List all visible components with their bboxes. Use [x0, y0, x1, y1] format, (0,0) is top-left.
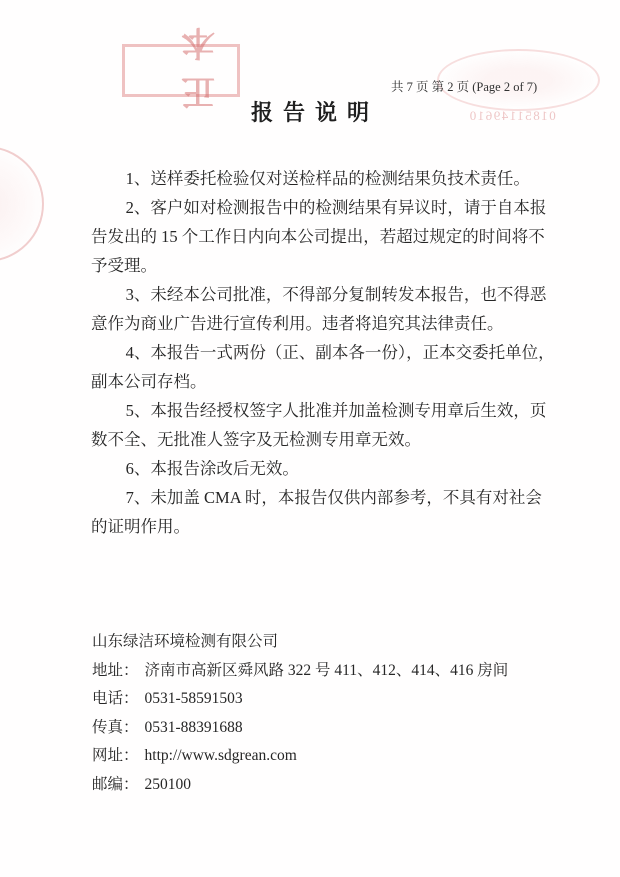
- notice-item-7-line: 7、未加盖 CMA 时，本报告仅供内部参考，不具有对社会: [91, 483, 535, 512]
- notice-item-1-line: 1、送样委托检验仅对送检样品的检测结果负技术责任。: [91, 164, 535, 193]
- contact-address-line: 地址：济南市高新区舜风路 322 号 411、412、414、416 房间: [92, 657, 562, 686]
- page-title: 报告说明: [0, 96, 620, 127]
- page-number-indicator: 共 7 页 第 2 页 (Page 2 of 7): [391, 77, 537, 95]
- contact-postcode-label: 邮编：: [92, 776, 139, 793]
- company-info-block: 山东绿洁环境检测有限公司 地址：济南市高新区舜风路 322 号 411、412、…: [92, 628, 562, 799]
- contact-fax-line: 传真：0531-88391688: [92, 714, 562, 743]
- contact-phone-value: 0531-58591503: [145, 690, 243, 707]
- contact-website-line: 网址：http://www.sdgrean.com: [92, 742, 562, 771]
- original-copy-stamp: 正本: [122, 44, 240, 97]
- notice-item-3-line: 意作为商业广告进行宣传利用。违者将追究其法律责任。: [91, 309, 535, 338]
- company-name: 山东绿洁环境检测有限公司: [92, 628, 562, 657]
- notice-item-3-line: 3、未经本公司批准，不得部分复制转发本报告，也不得恶: [91, 280, 535, 309]
- contact-website-value: http://www.sdgrean.com: [145, 747, 297, 764]
- notice-item-2-line: 告发出的 15 个工作日内向本公司提出，若超过规定的时间将不: [91, 222, 535, 251]
- contact-postcode-value: 250100: [145, 776, 192, 793]
- notice-body: 1、送样委托检验仅对送检样品的检测结果负技术责任。 2、客户如对检测报告中的检测…: [91, 164, 535, 541]
- contact-address-value: 济南市高新区舜风路 322 号 411、412、414、416 房间: [145, 662, 509, 679]
- scanned-report-page: 正本 01851149610 共 7 页 第 2 页 (Page 2 of 7)…: [0, 0, 620, 877]
- notice-item-5-line: 数不全、无批准人签字及无检测专用章无效。: [91, 425, 535, 454]
- notice-item-7-line: 的证明作用。: [91, 512, 535, 541]
- contact-phone-label: 电话：: [92, 690, 139, 707]
- notice-item-2-line: 予受理。: [91, 251, 535, 280]
- contact-fax-value: 0531-88391688: [145, 719, 243, 736]
- notice-item-4-line: 4、本报告一式两份（正、副本各一份），正本交委托单位，: [91, 338, 535, 367]
- notice-item-5-line: 5、本报告经授权签字人批准并加盖检测专用章后生效，页: [91, 396, 535, 425]
- contact-postcode-line: 邮编：250100: [92, 771, 562, 800]
- notice-item-6-line: 6、本报告涂改后无效。: [91, 454, 535, 483]
- contact-phone-line: 电话：0531-58591503: [92, 685, 562, 714]
- notice-item-2-line: 2、客户如对检测报告中的检测结果有异议时，请于自本报: [91, 193, 535, 222]
- partial-round-seal: [0, 146, 44, 262]
- contact-website-label: 网址：: [92, 747, 139, 764]
- contact-address-label: 地址：: [92, 662, 139, 679]
- contact-fax-label: 传真：: [92, 719, 139, 736]
- notice-item-4-line: 副本公司存档。: [91, 367, 535, 396]
